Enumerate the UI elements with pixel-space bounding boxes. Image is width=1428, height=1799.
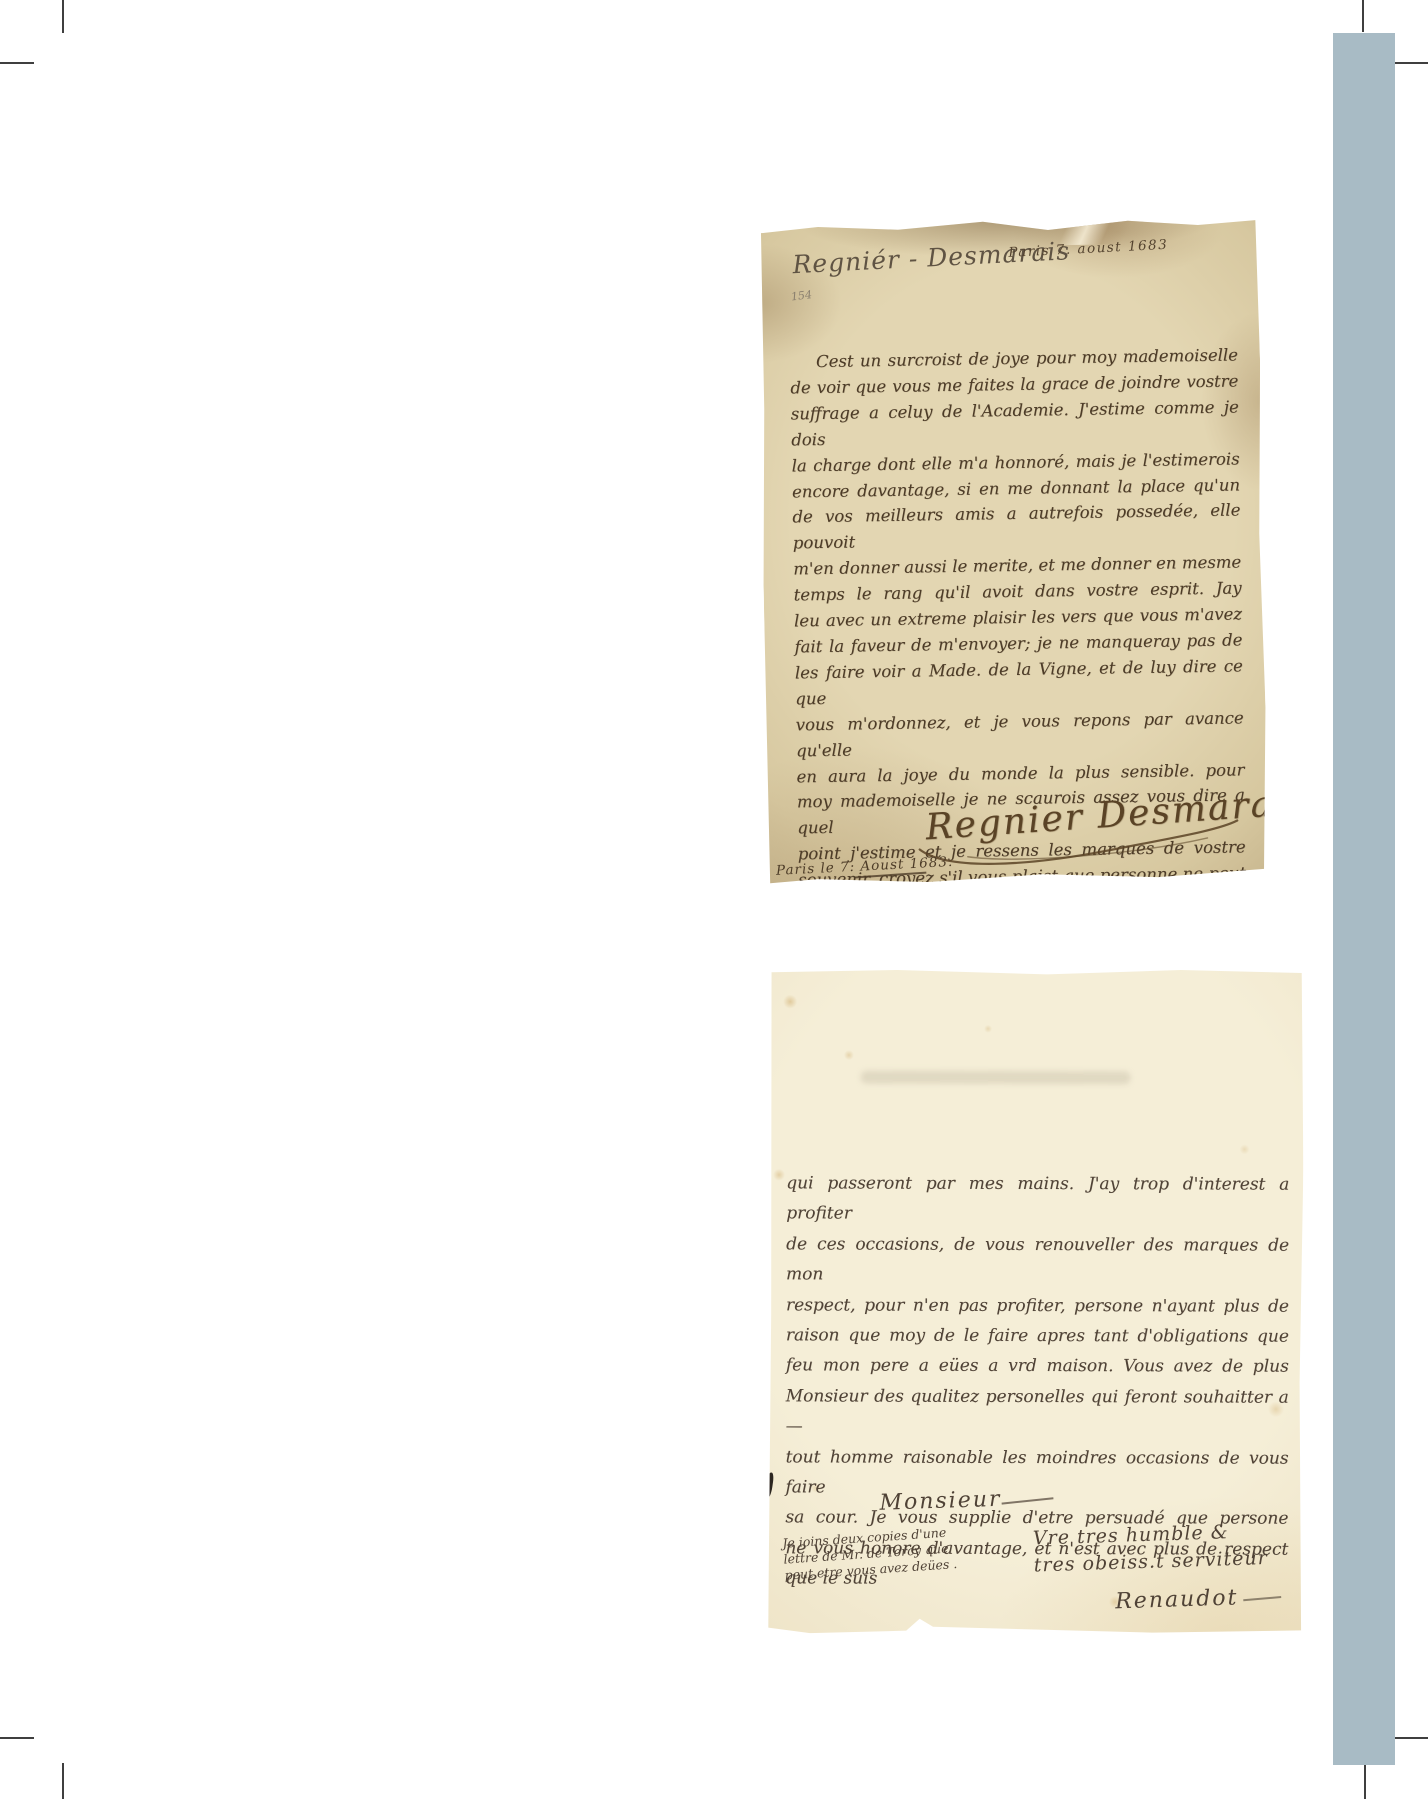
color-band-sidebar [1333, 33, 1395, 1765]
manuscript-letter-renaudot: qui passeront par mes mains. J'ay trop d… [767, 968, 1304, 1635]
handwriting-line: feu mon pere a eües a vrd maison. Vous a… [786, 1351, 1289, 1383]
manuscript-letter-regnier-desmarais: Regniér - Desmarais 154 Paris 7. aoust 1… [758, 216, 1268, 886]
crop-mark-bottom-left-vertical [62, 1763, 64, 1799]
handwriting-line: les faire voir a Made. de la Vigne, et d… [795, 653, 1244, 712]
crop-mark-bottom-right-vertical [1364, 1765, 1366, 1799]
signature-flourish-dash [1243, 1596, 1281, 1601]
crop-mark-bottom-left-horizontal [0, 1737, 34, 1739]
letter2-salutation-text: Monsieur [879, 1487, 1002, 1516]
handwriting-line: Monsieur des qualitez personelles qui fe… [786, 1381, 1289, 1443]
handwriting-line: estre avec plus de respect et de reconno… [798, 886, 1246, 919]
handwriting-line: de ces occasions, de vous renouveller de… [786, 1229, 1289, 1291]
crop-mark-top-left-vertical [62, 0, 64, 33]
letter2-salutation: Monsieur [879, 1487, 1002, 1516]
handwriting-line: que moy vostre tres humble et tres obeis… [799, 912, 1247, 945]
crop-mark-top-right-horizontal [1394, 62, 1428, 64]
crop-mark-top-right-vertical [1362, 0, 1364, 32]
crop-mark-top-left-horizontal [0, 62, 34, 64]
letter2-signature-text: Renaudot [1115, 1585, 1239, 1614]
letter1-inventory-number: 154 [790, 288, 812, 303]
handwriting-line: raison que moy de le faire apres tant d'… [786, 1320, 1289, 1352]
handwriting-line: respect, pour n'en pas profiter, persone… [786, 1290, 1289, 1322]
handwriting-line: serviteur [799, 938, 1247, 971]
crop-mark-bottom-right-horizontal [1394, 1737, 1428, 1739]
handwriting-line: suffrage a celuy de l'Academie. J'estime… [791, 394, 1240, 453]
handwriting-line: qui passeront par mes mains. J'ay trop d… [786, 1168, 1289, 1230]
letter1-signature: Regnier Desmarais [907, 782, 1248, 877]
catalog-page: Regniér - Desmarais 154 Paris 7. aoust 1… [0, 0, 1428, 1799]
letter2-signature: Renaudot [1115, 1585, 1239, 1614]
handwriting-line: vous m'ordonnez, et je vous repons par a… [796, 705, 1245, 764]
letter2-closing: Vre tres humble &tres obeiss.t serviteur [1033, 1517, 1295, 1579]
paper-tear-mark [764, 1472, 775, 1499]
ink-show-through-smudge [861, 1071, 1131, 1085]
handwriting-line: tout homme raisonable les moindres occas… [785, 1442, 1288, 1504]
handwriting-line: de vos meilleurs amis a autrefois possed… [792, 498, 1241, 557]
